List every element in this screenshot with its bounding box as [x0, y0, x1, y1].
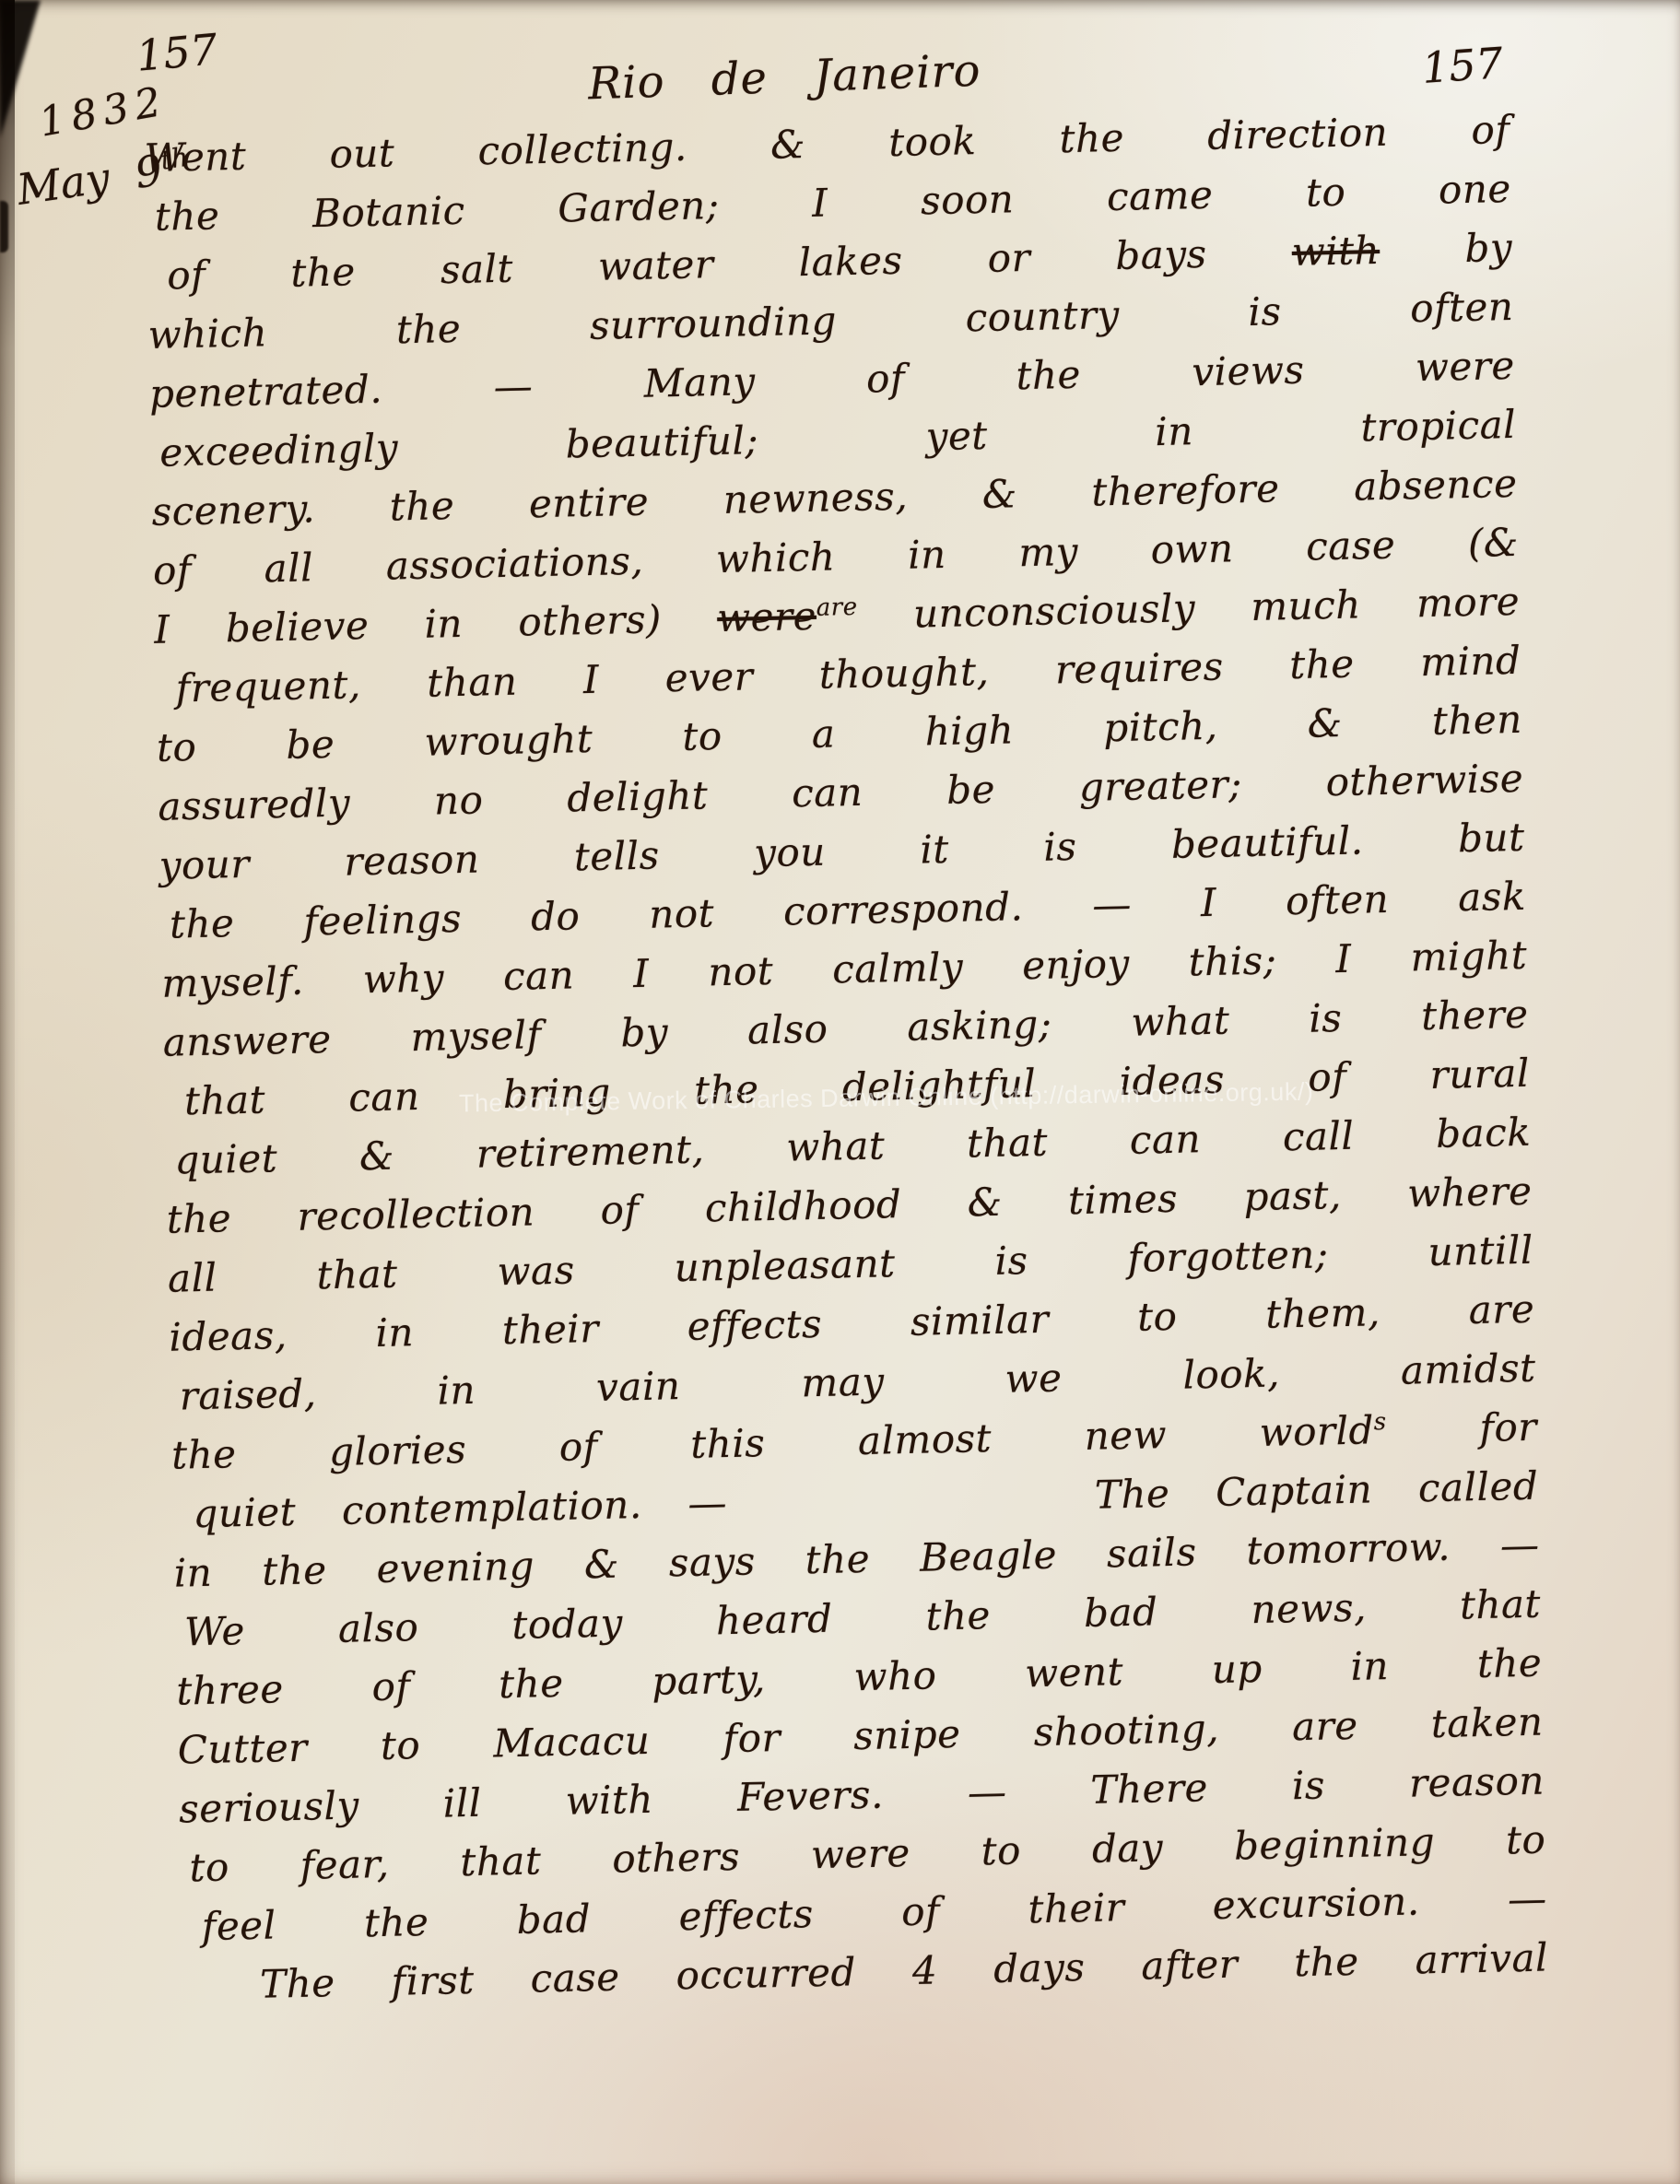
manuscript-page: 157 157 1832 May 9th Rio de Janeiro Went… — [0, 0, 1680, 2184]
manuscript-body: Went out collecting. & took the directio… — [144, 100, 1549, 2016]
page-number-right: 157 — [1420, 38, 1504, 93]
corner-shadow — [0, 0, 41, 138]
edge-notch — [0, 201, 8, 252]
page-heading: Rio de Janeiro — [587, 45, 981, 111]
gutter-shadow — [0, 0, 15, 2184]
page-number-left: 157 — [135, 24, 219, 80]
